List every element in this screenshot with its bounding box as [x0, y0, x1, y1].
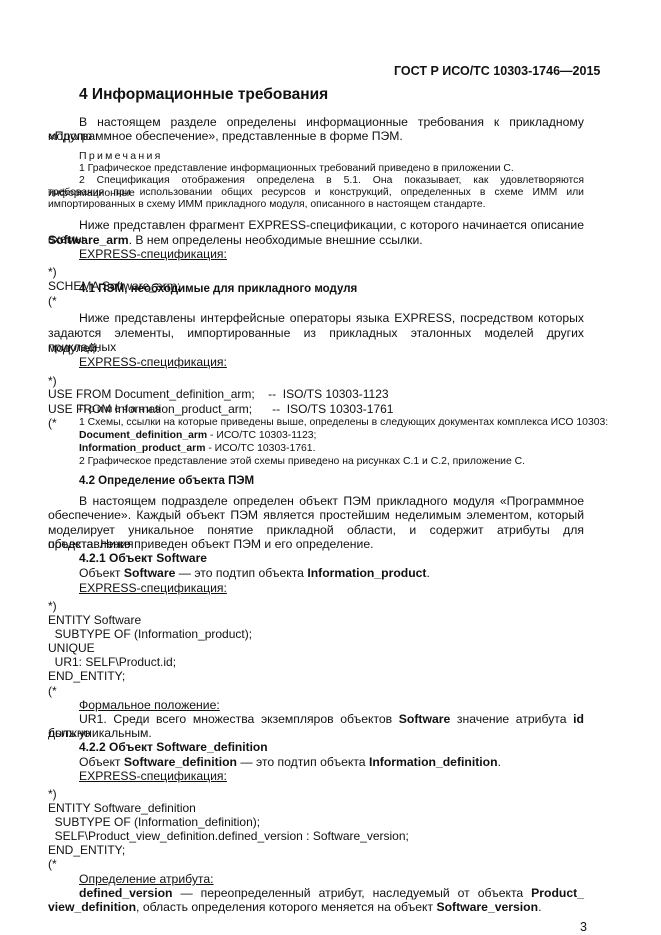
note-1: 1 Схемы, ссылки на которые приведены выш…: [79, 417, 608, 430]
code-line: (*: [48, 857, 57, 871]
code-line: (*: [48, 294, 57, 308]
attribute-definition-line1: defined_version — переопределенный атриб…: [48, 886, 584, 900]
note-1: 1 Графическое представление информационн…: [79, 163, 514, 176]
note-2-line3: импортированных в схему ИММ прикладного …: [48, 199, 584, 212]
ref-information-product: Information_product_arm - ИСО/ТС 10303-1…: [79, 443, 315, 456]
code-line: UNIQUE: [48, 641, 95, 655]
document-header: ГОСТ Р ИСО/ТС 10303-1746—2015: [394, 64, 600, 78]
code-line: (*: [48, 684, 57, 698]
section-4-intro-line2: «Программное обеспечение», представленны…: [48, 129, 584, 143]
para-2-line2: Software_arm. В нем определены необходим…: [48, 233, 584, 247]
express-spec-label: EXPRESS-спецификация:: [79, 581, 227, 595]
code-line: ENTITY Software: [48, 613, 141, 627]
notes-title: Примечания: [79, 402, 163, 416]
section-4-1-title: 4.1 ПЭМ, необходимые для прикладного мод…: [79, 282, 357, 296]
note-2: 2 Графическое представление этой схемы п…: [79, 456, 525, 469]
express-spec-label: EXPRESS-спецификация:: [79, 769, 227, 783]
attribute-definition-label: Определение атрибута:: [79, 872, 214, 886]
note-2-line2: требования при использовании общих ресур…: [48, 187, 584, 200]
formal-proposition-label: Формальное положение:: [79, 698, 220, 712]
section-4-1-para-line1: Ниже представлены интерфейсные операторы…: [48, 311, 584, 325]
section-4-2-para-line4: объекта. Ниже приведен объект ПЭМ и его …: [48, 537, 584, 551]
document-page: ГОСТ Р ИСО/ТС 10303-1746—2015 4 Информац…: [0, 0, 661, 935]
section-4-2-para-line2: обеспечение». Каждый объект ПЭМ является…: [48, 508, 584, 522]
express-spec-label: EXPRESS-спецификация:: [79, 247, 227, 261]
software-description: Объект Software — это подтип объекта Inf…: [79, 566, 430, 580]
code-line: USE FROM Document_definition_arm; -- ISO…: [48, 387, 389, 401]
notes-title: Примечания: [79, 149, 163, 163]
code-line: END_ENTITY;: [48, 669, 125, 683]
express-spec-label: EXPRESS-спецификация:: [79, 355, 227, 369]
code-line: *): [48, 374, 57, 388]
section-4-1-para-line3: модулей.: [48, 341, 584, 355]
section-4-2-2-title: 4.2.2 Объект Software_definition: [79, 740, 268, 754]
attribute-definition-line2: view_definition, область определения кот…: [48, 900, 584, 914]
code-line: *): [48, 599, 57, 613]
code-line: SELF\Product_view_definition.defined_ver…: [48, 829, 409, 843]
code-line: SUBTYPE OF (Information_product);: [48, 627, 252, 641]
section-4-2-title: 4.2 Определение объекта ПЭМ: [79, 474, 254, 488]
code-line: (*: [48, 416, 57, 430]
code-line: END_ENTITY;: [48, 843, 125, 857]
software-definition-description: Объект Software_definition — это подтип …: [79, 755, 501, 769]
formal-proposition-line2: быть уникальным.: [48, 726, 584, 740]
ref-document-definition: Document_definition_arm - ИСО/ТС 10303-1…: [79, 430, 316, 443]
section-4-2-para-line1: В настоящем подразделе определен объект …: [48, 494, 584, 508]
code-line: SUBTYPE OF (Information_definition);: [48, 815, 260, 829]
section-4-title: 4 Информационные требования: [79, 88, 328, 102]
code-line: UR1: SELF\Product.id;: [48, 655, 176, 669]
section-4-2-1-title: 4.2.1 Объект Software: [79, 551, 207, 565]
code-line: *): [48, 265, 57, 279]
code-line: ENTITY Software_definition: [48, 801, 196, 815]
page-number: 3: [580, 920, 587, 934]
code-line: *): [48, 787, 57, 801]
